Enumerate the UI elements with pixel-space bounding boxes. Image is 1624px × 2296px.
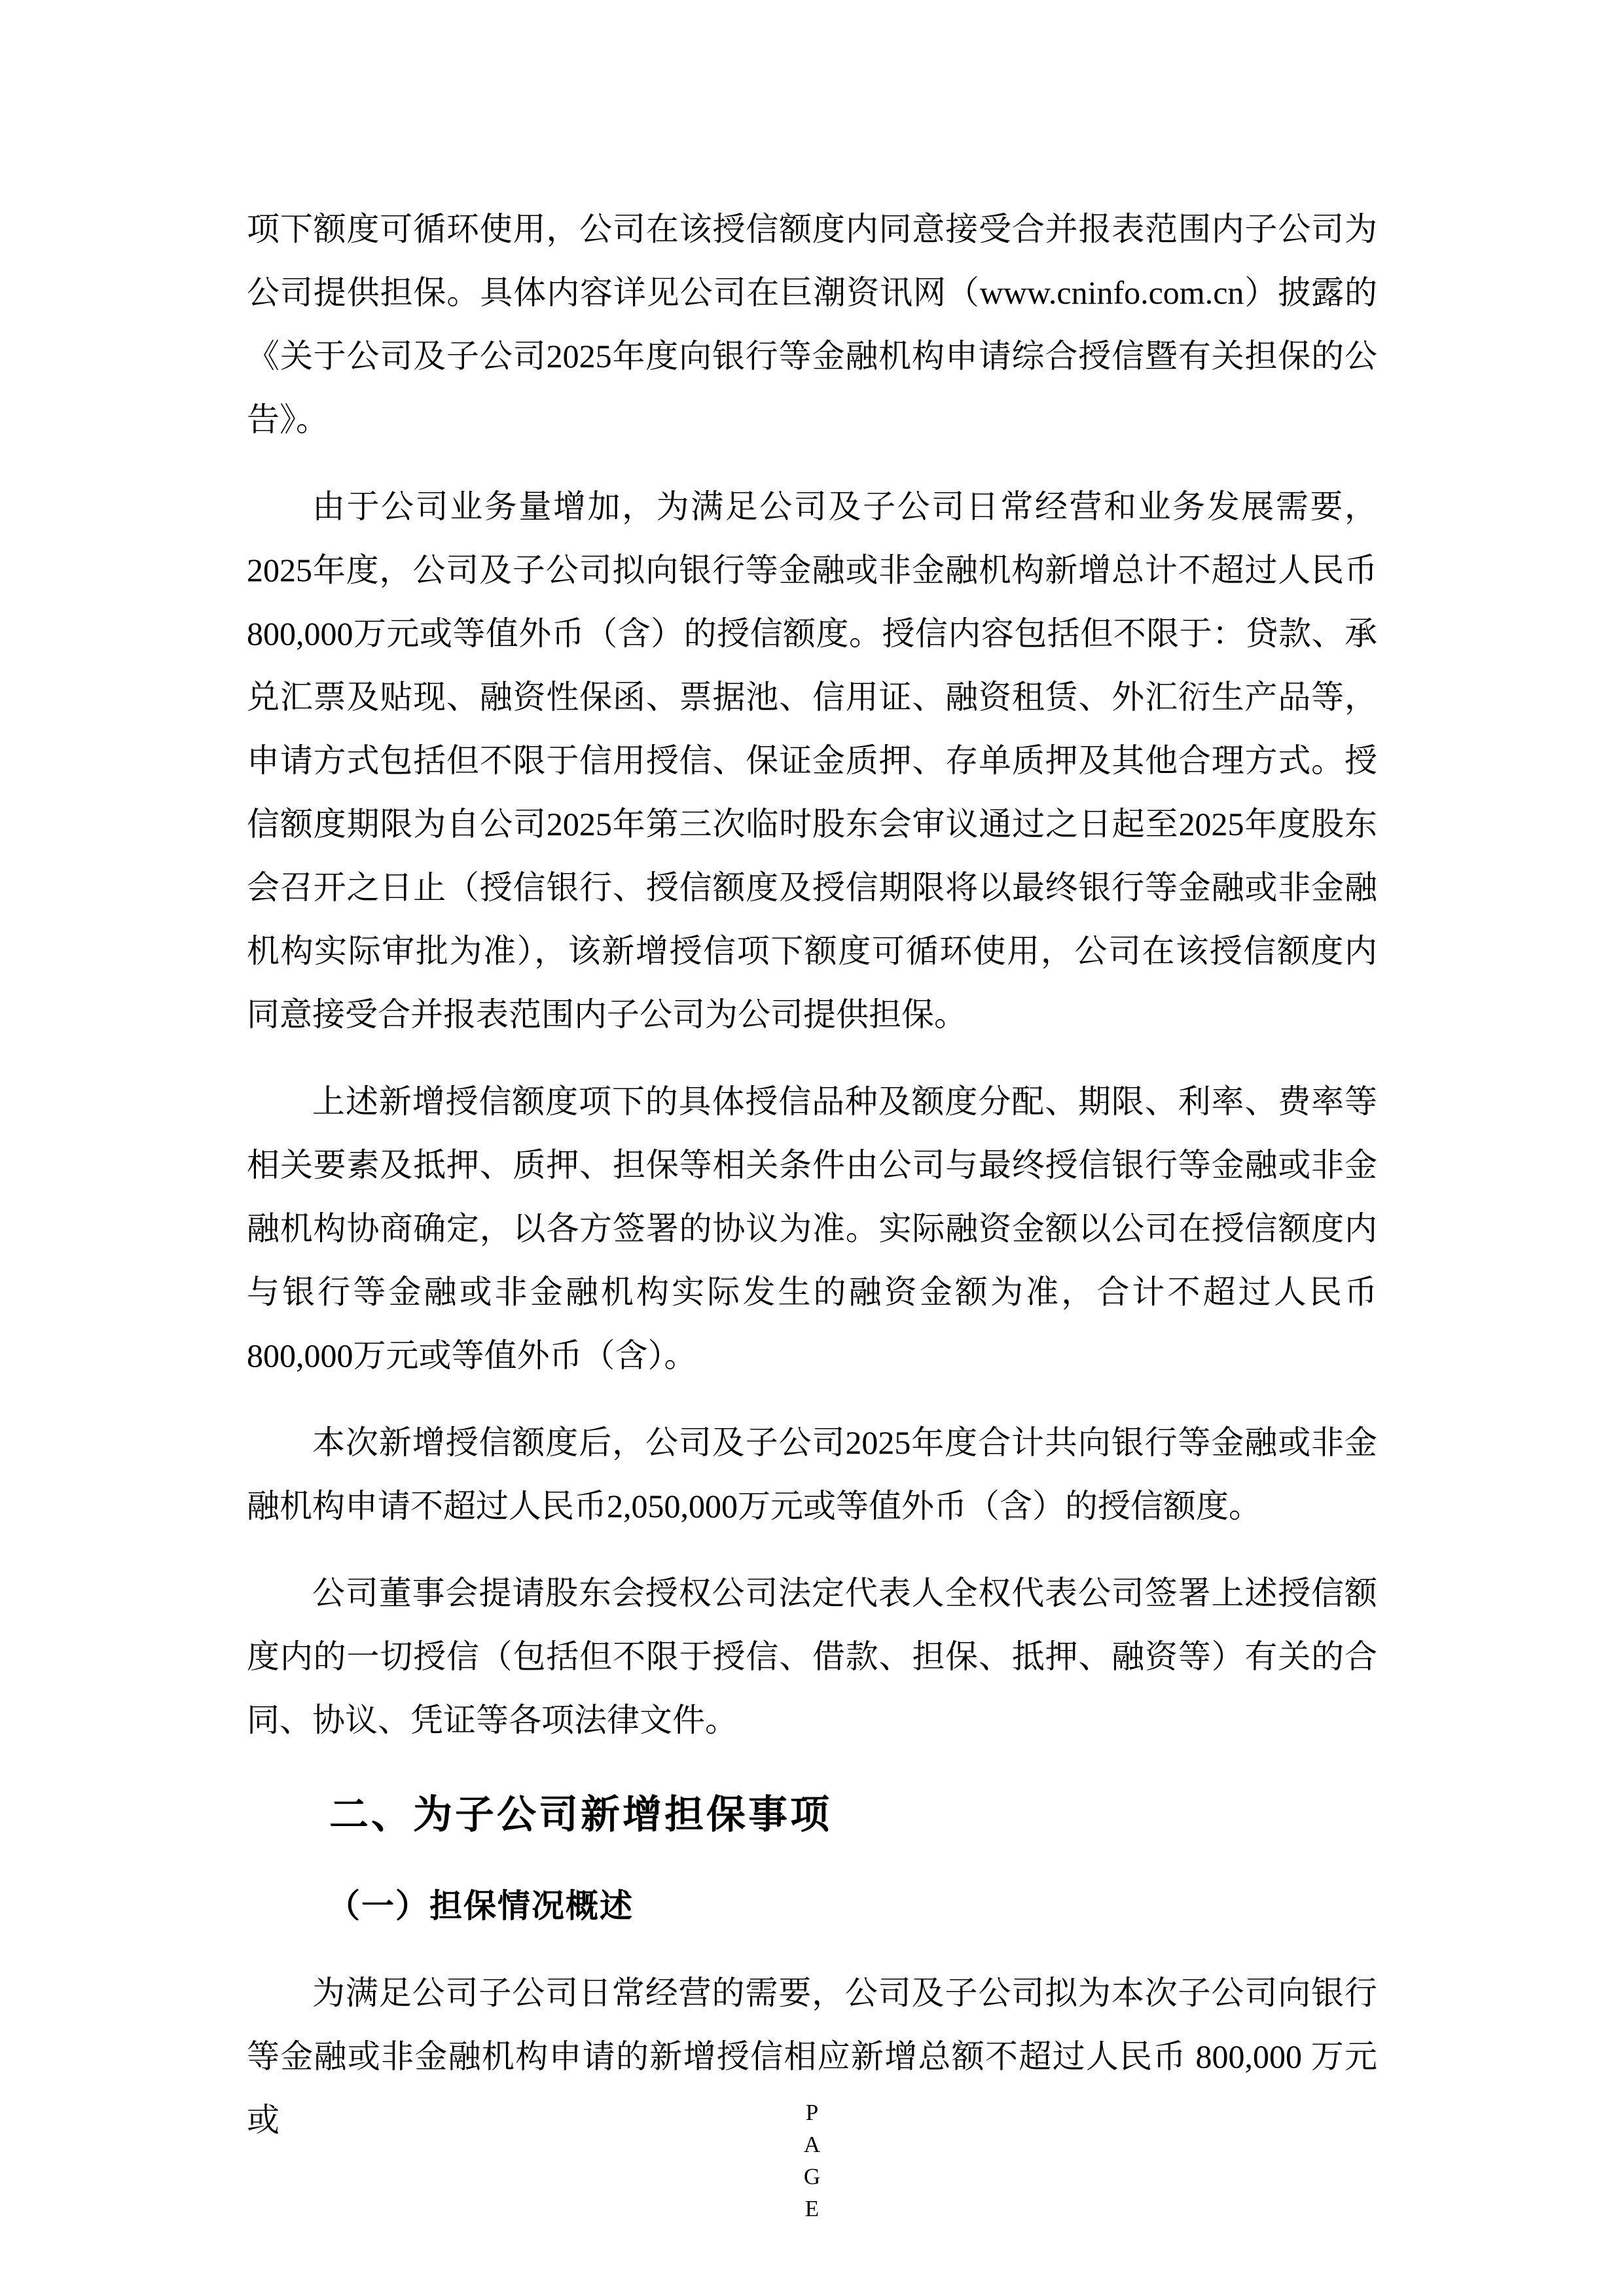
text-line: 与银行等金融或非金融机构实际发生的融资金额为准，合计不超过人民币 [247,1261,1377,1324]
text-line: 融机构申请不超过人民币2,050,000万元或等值外币（含）的授信额度。 [247,1475,1377,1538]
paragraph: 项下额度可循环使用，公司在该授信额度内同意接受合并报表范围内子公司为公司提供担保… [247,198,1377,452]
page-field-letter: A [0,2128,1624,2161]
text-line: 800,000万元或等值外币（含）的授信额度。授信内容包括但不限于：贷款、承 [247,602,1377,666]
page-field-letter: G [0,2161,1624,2193]
text-line: 告》。 [247,388,1377,452]
text-line: 本次新增授信额度后，公司及子公司2025年度合计共向银行等金融或非金 [247,1411,1377,1475]
page-field-letter: E [0,2193,1624,2225]
text-line: 2025年度，公司及子公司拟向银行等金融或非金融机构新增总计不超过人民币 [247,539,1377,602]
text-line: 相关要素及抵押、质押、担保等相关条件由公司与最终授信银行等金融或非金 [247,1134,1377,1197]
paragraph: 由于公司业务量增加，为满足公司及子公司日常经营和业务发展需要，2025年度，公司… [247,475,1377,1047]
text-line: 项下额度可循环使用，公司在该授信额度内同意接受合并报表范围内子公司为 [247,198,1377,261]
text-line: 融机构协商确定，以各方签署的协议为准。实际融资金额以公司在授信额度内 [247,1197,1377,1261]
subsection-heading: （一）担保情况概述 [247,1874,1377,1938]
section-heading: 二、为子公司新增担保事项 [247,1776,1377,1854]
text-line: 公司董事会提请股东会授权公司法定代表人全权代表公司签署上述授信额 [247,1562,1377,1625]
text-line: 800,000万元或等值外币（含）。 [247,1324,1377,1388]
text-line: 机构实际审批为准），该新增授信项下额度可循环使用，公司在该授信额度内 [247,920,1377,983]
text-line: 《关于公司及子公司2025年度向银行等金融机构申请综合授信暨有关担保的公 [247,325,1377,388]
text-line: 兑汇票及贴现、融资性保函、票据池、信用证、融资租赁、外汇衍生产品等， [247,666,1377,729]
text-line: 为满足公司子公司日常经营的需要，公司及子公司拟为本次子公司向银行 [247,1962,1377,2025]
document-body: 项下额度可循环使用，公司在该授信额度内同意接受合并报表范围内子公司为公司提供担保… [247,198,1377,2176]
paragraph: 公司董事会提请股东会授权公司法定代表人全权代表公司签署上述授信额度内的一切授信（… [247,1562,1377,1752]
document-page: 项下额度可循环使用，公司在该授信额度内同意接受合并报表范围内子公司为公司提供担保… [0,0,1624,2296]
text-line: 由于公司业务量增加，为满足公司及子公司日常经营和业务发展需要， [247,475,1377,539]
text-line: 上述新增授信额度项下的具体授信品种及额度分配、期限、利率、费率等 [247,1070,1377,1134]
text-line: 度内的一切授信（包括但不限于授信、借款、担保、抵押、融资等）有关的合 [247,1625,1377,1689]
text-line: 会召开之日止（授信银行、授信额度及授信期限将以最终银行等金融或非金融 [247,856,1377,920]
text-line: 同、协议、凭证等各项法律文件。 [247,1689,1377,1752]
paragraph: 本次新增授信额度后，公司及子公司2025年度合计共向银行等金融或非金融机构申请不… [247,1411,1377,1538]
paragraph: 上述新增授信额度项下的具体授信品种及额度分配、期限、利率、费率等相关要素及抵押、… [247,1070,1377,1388]
text-line: 信额度期限为自公司2025年第三次临时股东会审议通过之日起至2025年度股东 [247,793,1377,856]
text-line: 公司提供担保。具体内容详见公司在巨潮资讯网（www.cninfo.com.cn）… [247,261,1377,325]
page-field-letter: P [0,2096,1624,2128]
text-line: 申请方式包括但不限于信用授信、保证金质押、存单质押及其他合理方式。授 [247,729,1377,793]
page-number-field: P A G E [0,2096,1624,2225]
document-blocks: 项下额度可循环使用，公司在该授信额度内同意接受合并报表范围内子公司为公司提供担保… [247,198,1377,2152]
text-line: 同意接受合并报表范围内子公司为公司提供担保。 [247,983,1377,1047]
